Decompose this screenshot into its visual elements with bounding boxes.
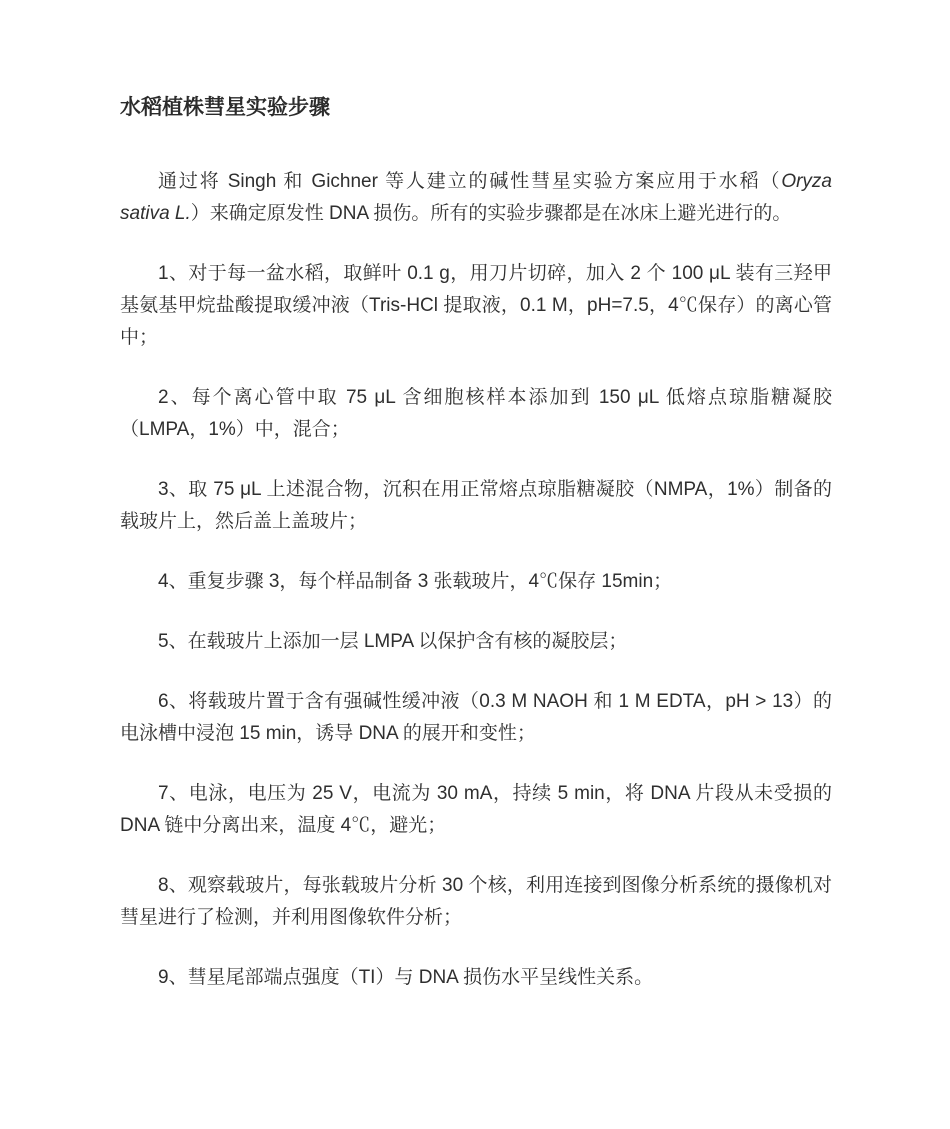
step-paragraph-3: 3、取 75 μL 上述混合物，沉积在用正常熔点琼脂糖凝胶（NMPA，1%）制备… bbox=[120, 474, 832, 538]
step-paragraph-7: 7、电泳，电压为 25 V，电流为 30 mA，持续 5 min，将 DNA 片… bbox=[120, 778, 832, 842]
intro-text-after-species: ）来确定原发性 DNA 损伤。所有的实验步骤都是在冰床上避光进行的。 bbox=[191, 203, 792, 224]
document-page: 水稻植株彗星实验步骤 通过将 Singh 和 Gichner 等人建立的碱性彗星… bbox=[0, 0, 950, 1129]
step-paragraph-8: 8、观察载玻片，每张载玻片分析 30 个核，利用连接到图像分析系统的摄像机对彗星… bbox=[120, 870, 832, 934]
intro-paragraph: 通过将 Singh 和 Gichner 等人建立的碱性彗星实验方案应用于水稻（O… bbox=[120, 166, 832, 230]
step-paragraph-4: 4、重复步骤 3，每个样品制备 3 张载玻片，4℃保存 15min； bbox=[120, 566, 832, 598]
step-paragraph-2: 2、每个离心管中取 75 μL 含细胞核样本添加到 150 μL 低熔点琼脂糖凝… bbox=[120, 382, 832, 446]
step-paragraph-6: 6、将载玻片置于含有强碱性缓冲液（0.3 M NAOH 和 1 M EDTA，p… bbox=[120, 686, 832, 750]
step-paragraph-1: 1、对于每一盆水稻，取鲜叶 0.1 g，用刀片切碎，加入 2 个 100 μL … bbox=[120, 258, 832, 354]
step-paragraph-9: 9、彗星尾部端点强度（TI）与 DNA 损伤水平呈线性关系。 bbox=[120, 962, 832, 994]
step-paragraph-5: 5、在载玻片上添加一层 LMPA 以保护含有核的凝胶层； bbox=[120, 626, 832, 658]
page-title: 水稻植株彗星实验步骤 bbox=[120, 96, 832, 120]
intro-text-before-species: 通过将 Singh 和 Gichner 等人建立的碱性彗星实验方案应用于水稻（ bbox=[158, 171, 781, 192]
